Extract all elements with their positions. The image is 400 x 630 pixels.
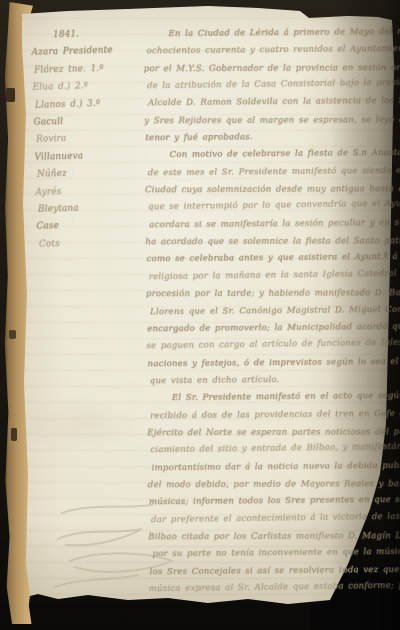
handwritten-line: ochocientos cuarenta y cuatro reunidos e… — [146, 41, 392, 61]
paragraph: El Sr. Presidente manifestó en el acto q… — [148, 388, 398, 598]
attendee-list: Azara PresidenteFlórez tne. 1.ºElua d.) … — [31, 42, 155, 254]
margin-attendee-name: Rovira — [36, 129, 152, 150]
margin-attendees: 1841. Azara PresidenteFlórez tne. 1.ºElu… — [31, 24, 155, 253]
handwritten-line: por su parte no tenía inconveniente en q… — [152, 544, 397, 564]
handwritten-line: acordara si se manifestaría la sesión pe… — [149, 215, 394, 235]
book-edge-notch — [11, 428, 17, 441]
manuscript-photo: 1841. Azara PresidenteFlórez tne. 1.ºElu… — [0, 0, 400, 630]
handwritten-line: se paguen con cargo al artículo de funci… — [146, 335, 395, 356]
handwritten-line: Llorens que el Sr. Canónigo Magistral D.… — [150, 301, 395, 321]
handwritten-text-block: En la Ciudad de Lérida á primero de Mayo… — [144, 24, 397, 599]
handwritten-line: Alcalde D. Ramon Soldevila con la asiste… — [148, 93, 393, 113]
paragraph: En la Ciudad de Lérida á primero de Mayo… — [144, 24, 393, 148]
paragraph: Con motivo de celebrarse la fiesta de S.… — [145, 145, 395, 390]
handwritten-line: y Sres Rejidores que al margen se espres… — [144, 112, 393, 130]
handwritten-line: recibido á dos de las providencias del t… — [150, 405, 396, 425]
handwritten-line: de este mes el Sr. Presidente manifestó … — [148, 163, 394, 183]
handwritten-line: de la atribución de la Casa Consistorial… — [147, 75, 393, 96]
margin-attendee-name: Cots — [39, 233, 155, 254]
handwritten-line: ha acordado que se solemnice la fiesta d… — [145, 233, 394, 251]
margin-attendee-name: Llanos d.) 3.º — [35, 94, 151, 115]
book-edge-notch — [9, 330, 16, 339]
margin-attendee-name: Bleytana — [38, 198, 154, 219]
handwritten-line: religiosa por la mañana en la santa Igle… — [149, 266, 395, 287]
handwritten-line: dar preferente el acontecimiento á la vi… — [151, 508, 397, 529]
handwritten-line: del modo debido, por medio de Mayores Re… — [148, 476, 397, 494]
handwritten-line: que vista en dicho artículo. — [150, 371, 396, 391]
handwritten-line: que se interrumpió por lo que convendría… — [148, 196, 394, 217]
handwritten-line: importantísimo dar á la noticia nueva la… — [151, 457, 396, 477]
handwritten-line: ciamiento del sitio y entrada de Bilbao,… — [150, 439, 396, 460]
book-edge-notch — [6, 88, 15, 102]
handwritten-line: música expresa al Sr. Alcalde que estaba… — [149, 578, 398, 599]
